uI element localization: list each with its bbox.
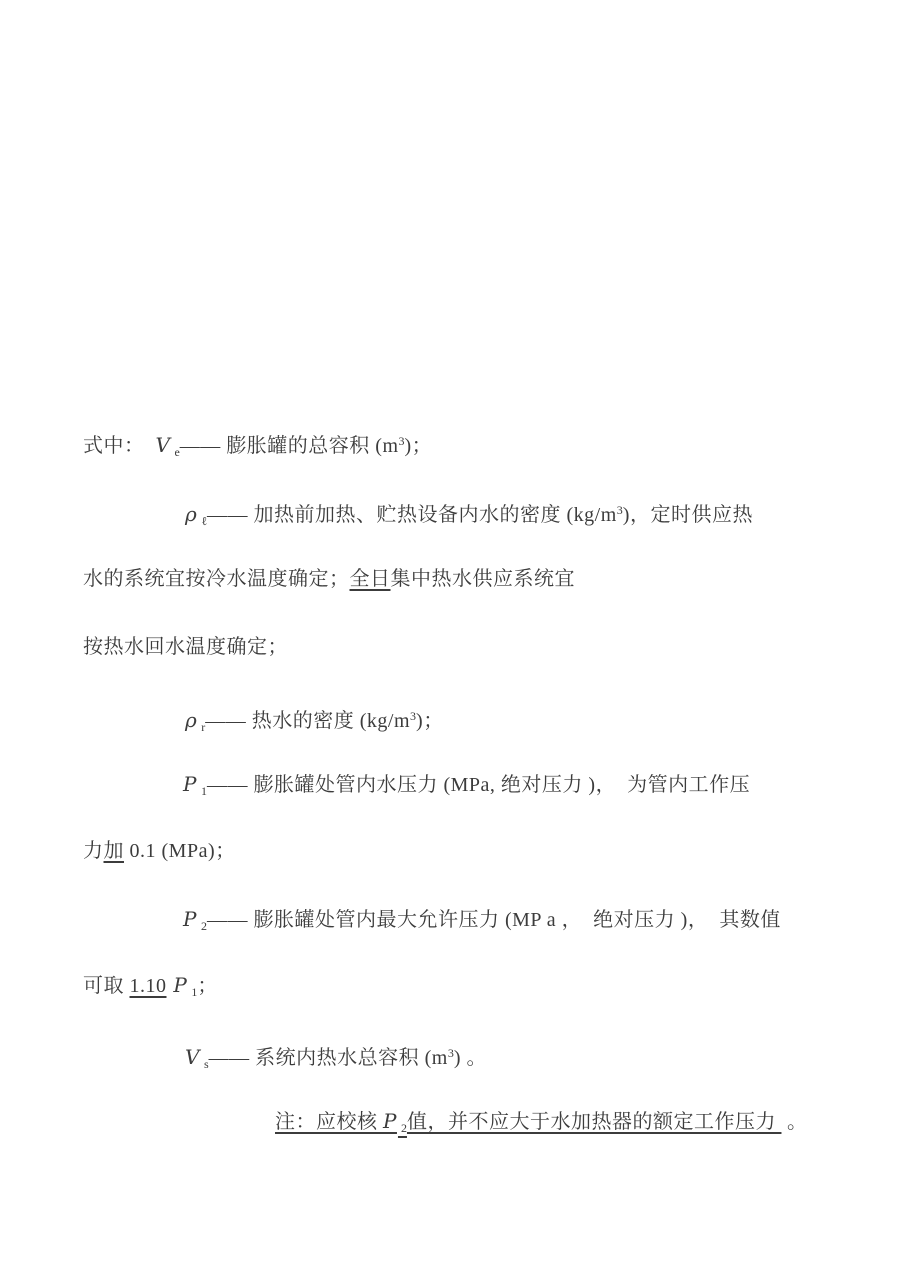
text-segment: 全日 [350,568,391,590]
line-p2-continuation: 可取 1.10 P 1； [83,972,218,1005]
text-segment: ρ [185,708,198,732]
line-p2-definition: P 2—— 膨胀罐处管内最大允许压力 (MP a ， 绝对压力 )， 其数值 [183,906,781,939]
text-segment: V [185,1045,201,1069]
line-rho-l-continuation-1: 水的系统宜按冷水温度确定；全日集中热水供应系统宜 [83,566,575,592]
text-segment: 按热水回水温度确定； [83,636,288,658]
text-segment: ； [197,975,218,997]
text-segment: ℓ [198,514,207,528]
text-segment: 力 [83,840,104,862]
text-segment: V [156,433,172,457]
line-rho-r-definition: ρ r—— 热水的密度 (kg/m3)； [185,703,444,740]
text-segment: —— 系统内热水总容积 (m [209,1047,448,1069]
text-segment: ρ [185,502,198,526]
text-segment: —— 膨胀罐处管内最大允许压力 (MP a ， 绝对压力 )， 其数值 [207,909,781,931]
line-rho-l-continuation-2: 按热水回水温度确定； [83,634,288,660]
text-segment: 注：应校核 [275,1111,383,1133]
line-rho-l-definition: ρ ℓ—— 加热前加热、贮热设备内水的密度 (kg/m3)，定时供应热 [185,497,753,534]
line-p1-continuation: 力加 0.1 (MPa)； [83,838,236,864]
text-segment: s [201,1057,209,1071]
text-segment: 2 [198,919,207,933]
text-segment: 2 [398,1121,407,1135]
text-segment: —— 膨胀罐处管内水压力 (MPa, 绝对压力 )， 为管内工作压 [207,774,750,796]
line-p1-definition: P 1—— 膨胀罐处管内水压力 (MPa, 绝对压力 )， 为管内工作压 [183,771,750,804]
document-page: 式中： V e—— 膨胀罐的总容积 (m3)；ρ ℓ—— 加热前加热、贮热设备内… [0,0,900,1273]
text-segment: 可取 [83,975,130,997]
text-segment: 式中： [83,435,156,457]
text-segment: P [183,772,198,796]
text-segment: 1 [198,784,207,798]
text-segment: )； [416,710,444,732]
line-vs-definition: V s—— 系统内热水总容积 (m3) 。 [185,1040,487,1077]
text-segment: —— 热水的密度 (kg/m [205,710,410,732]
text-segment: 。 [781,1111,807,1133]
line-note-p2-check: 注：应校核 P 2值，并不应大于水加热器的额定工作压力 。 [275,1108,807,1141]
text-segment: 1 [188,985,197,999]
text-segment: P [167,973,189,997]
text-segment: e [171,445,179,459]
text-segment: P [383,1109,398,1133]
text-segment: —— 加热前加热、贮热设备内水的密度 (kg/m [207,504,617,526]
text-segment: P [183,907,198,931]
line-formula-intro-ve: 式中： V e—— 膨胀罐的总容积 (m3)； [83,428,432,465]
text-segment: 集中热水供应系统宜 [391,568,576,590]
text-segment: )； [405,435,433,457]
text-segment: )，定时供应热 [623,504,753,526]
text-segment: —— 膨胀罐的总容积 (m [180,435,399,457]
text-segment: 0.1 (MPa)； [124,840,236,862]
text-segment: 值，并不应大于水加热器的额定工作压力 [407,1111,782,1133]
text-segment: 1.10 [130,975,167,997]
text-segment: 加 [104,840,125,862]
text-segment: ) 。 [454,1047,487,1069]
text-segment: 水的系统宜按冷水温度确定； [83,568,350,590]
